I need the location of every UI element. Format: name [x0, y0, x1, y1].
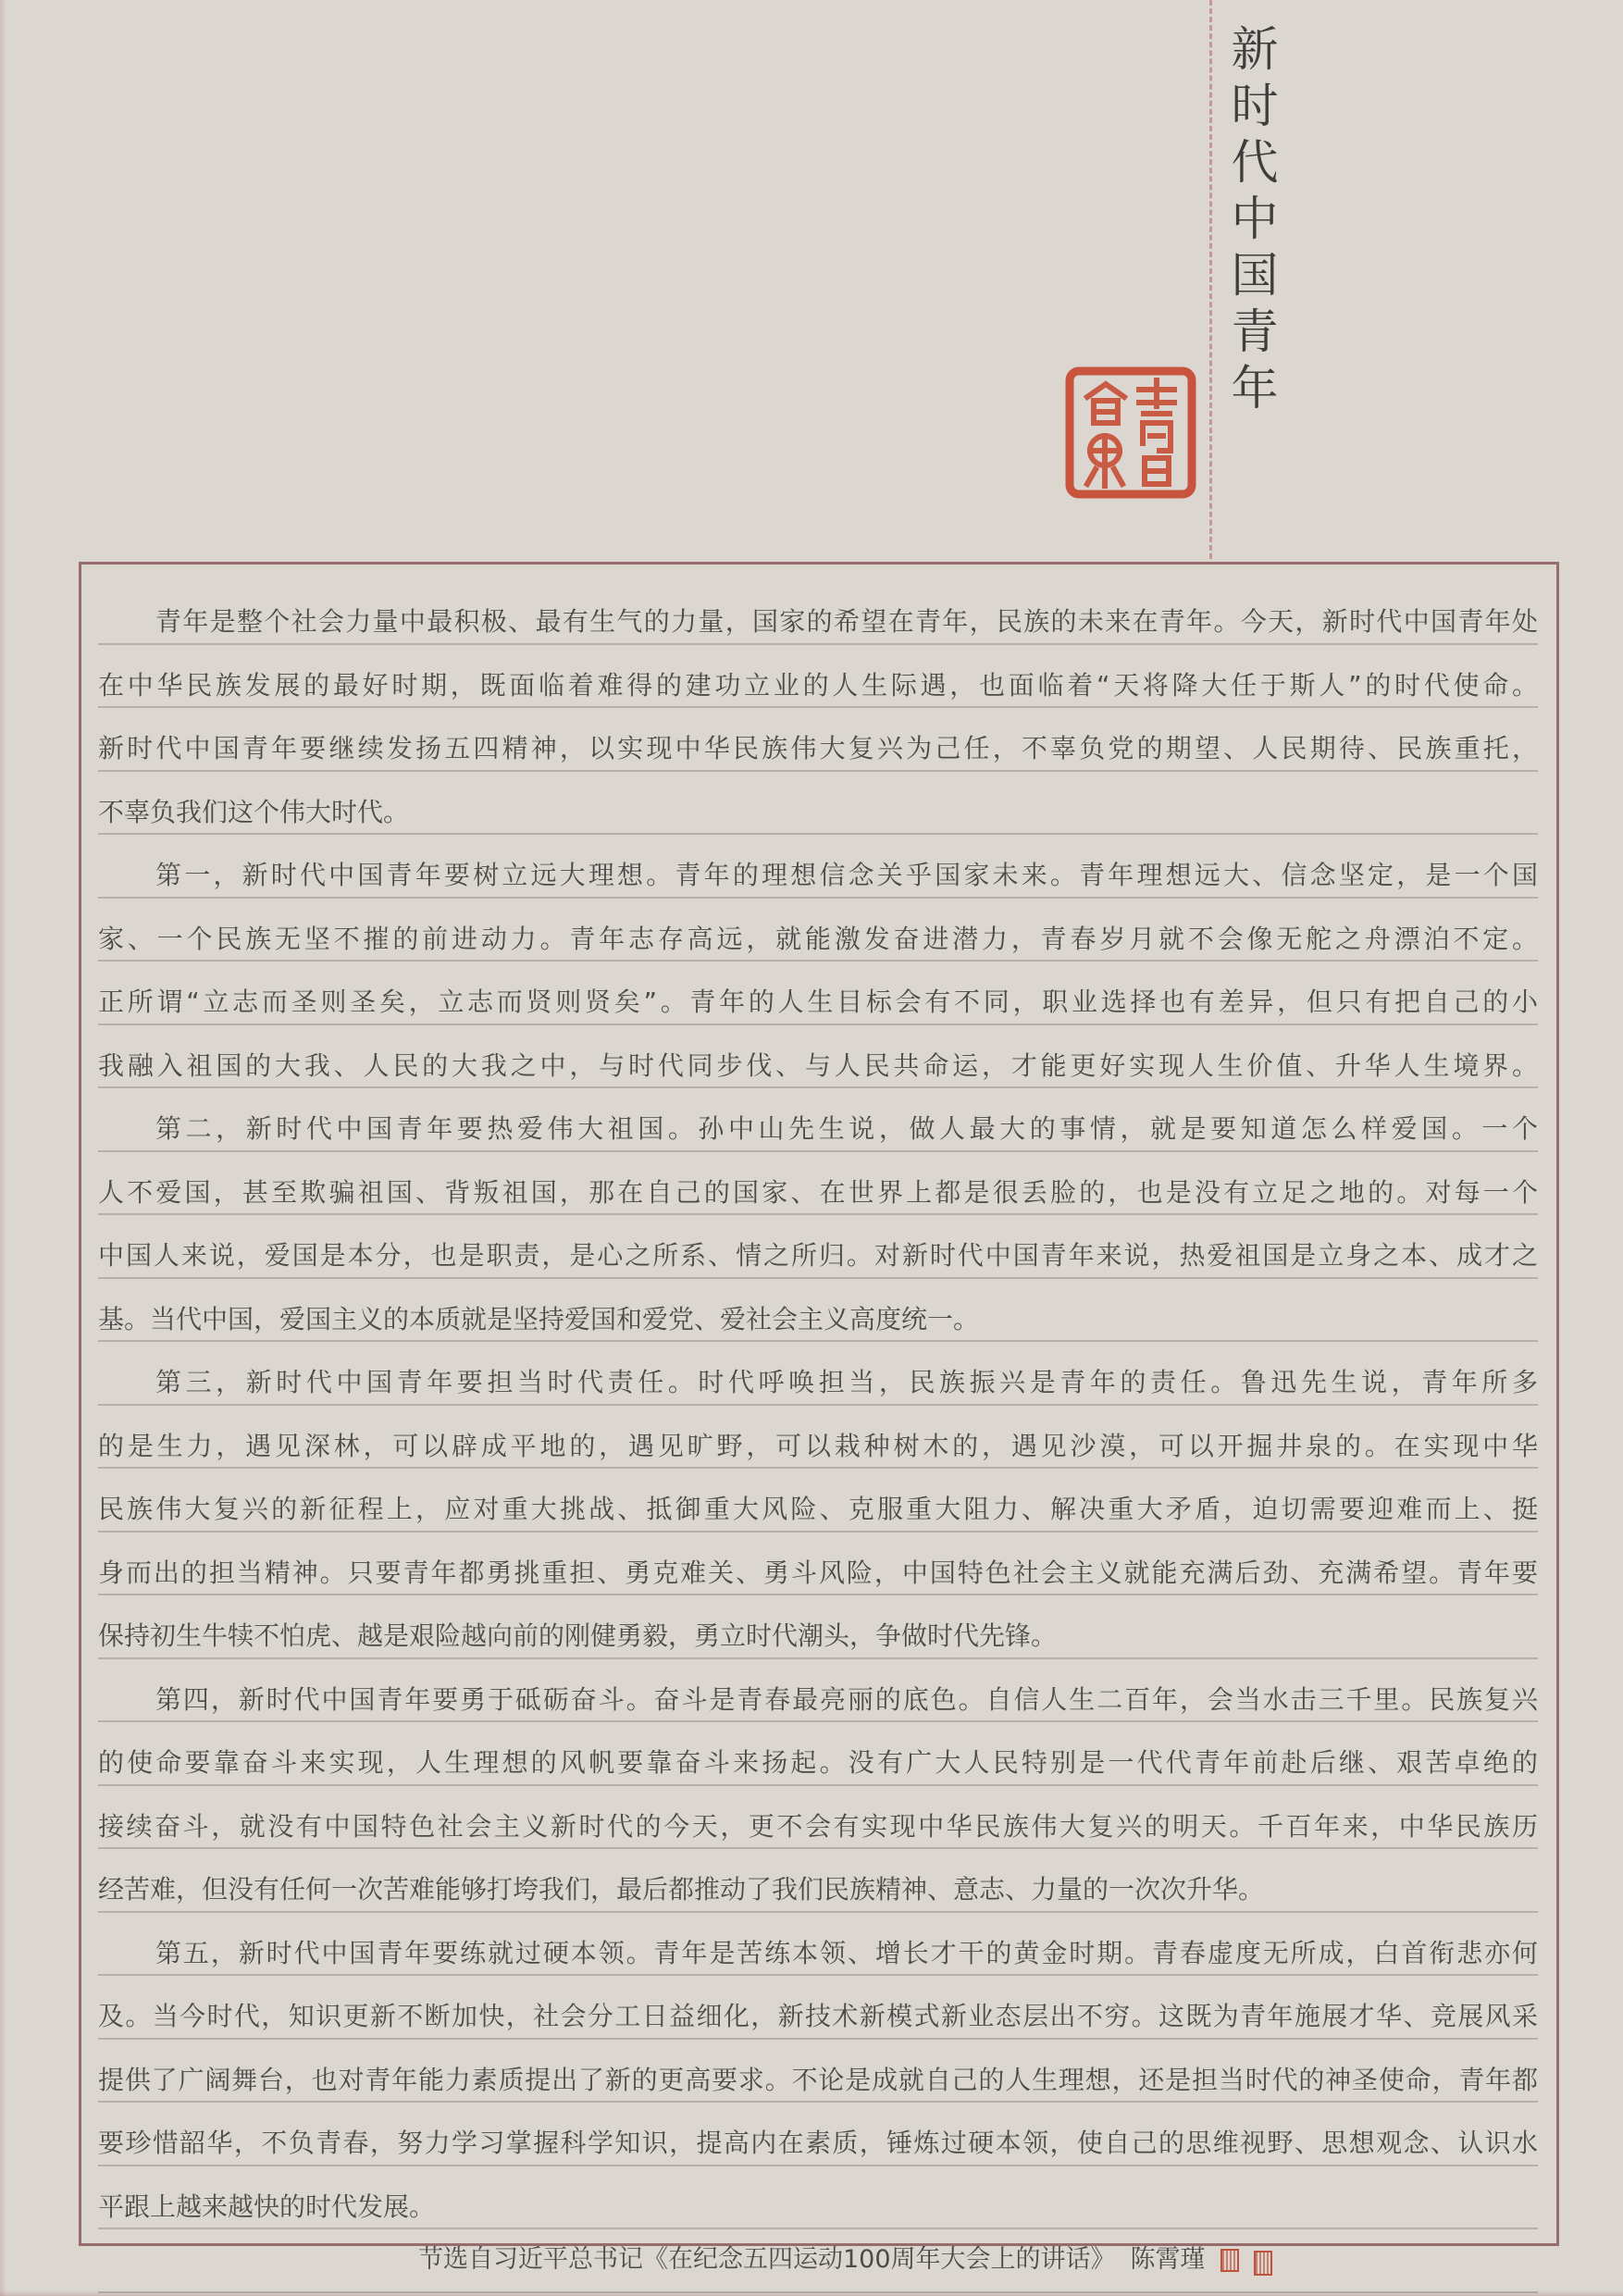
text-line: 保持初生牛犊不怕虎、越是艰险越向前的刚健勇毅，勇立时代潮头，争做时代先锋。 [98, 1595, 1538, 1659]
text-line: 我融入祖国的大我、人民的大我之中，与时代同步伐、与人民共命运，才能更好实现人生价… [98, 1025, 1538, 1089]
text-line: 青年是整个社会力量中最积极、最有生气的力量，国家的希望在青年，民族的未来在青年。… [98, 581, 1538, 645]
signature-seal-icon [1254, 2251, 1272, 2276]
text-line: 平跟上越来越快的时代发展。 [98, 2166, 1538, 2230]
text-line: 第三，新时代中国青年要担当时代责任。时代呼唤担当，民族振兴是青年的责任。鲁迅先生… [98, 1342, 1538, 1406]
text-line: 中国人来说，爱国是本分，也是职责，是心之所系、情之所归。对新时代中国青年来说，热… [98, 1215, 1538, 1279]
scan-edge-left [0, 0, 6, 2296]
title-separator-line [1209, 0, 1212, 559]
text-line: 第一，新时代中国青年要树立远大理想。青年的理想信念关乎国家未来。青年理想远大、信… [98, 835, 1538, 899]
text-line: 家、一个民族无坚不摧的前进动力。青年志存高远，就能激发奋进潜力，青春岁月就不会像… [98, 899, 1538, 962]
text-line: 接续奋斗，就没有中国特色社会主义新时代的今天，更不会有实现中华民族伟大复兴的明天… [98, 1786, 1538, 1850]
signature-seal-icon [1220, 2249, 1239, 2272]
text-line: 不辜负我们这个伟大时代。 [98, 772, 1538, 836]
text-line: 提供了广阔舞台，也对青年能力素质提出了新的更高要求。不论是成就自己的人生理想，还… [98, 2040, 1538, 2104]
text-line: 第二，新时代中国青年要热爱伟大祖国。孙中山先生说，做人最大的事情，就是要知道怎么… [98, 1088, 1538, 1152]
text-line: 及。当今时代，知识更新不断加快，社会分工日益细化，新技术新模式新业态层出不穷。这… [98, 1976, 1538, 2040]
manuscript-box: 青年是整个社会力量中最积极、最有生气的力量，国家的希望在青年，民族的未来在青年。… [79, 562, 1559, 2246]
text-line: 的使命要靠奋斗来实现，人生理想的风帆要靠奋斗来扬起。没有广大人民特别是一代代青年… [98, 1722, 1538, 1786]
text-line: 正所谓“立志而圣则圣矣，立志而贤则贤矣”。青年的人生目标会有不同，职业选择也有差… [98, 962, 1538, 1025]
text-line: 第五，新时代中国青年要练就过硬本领。青年是苦练本领、增长才干的黄金时期。青春虚度… [98, 1913, 1538, 1977]
text-line: 基。当代中国，爱国主义的本质就是坚持爱国和爱党、爱社会主义高度统一。 [98, 1279, 1538, 1343]
artist-signature: 陈霄瑾 [1131, 2229, 1206, 2290]
text-line: 新时代中国青年要继续发扬五四精神，以实现中华民族伟大复兴为己任，不辜负党的期望、… [98, 708, 1538, 772]
text-line: 经苦难，但没有任何一次苦难能够打垮我们，最后都推动了我们民族精神、意志、力量的一… [98, 1849, 1538, 1913]
title-calligraphy: 新时代中国青年 [1215, 24, 1283, 542]
manuscript-page: 新时代中国青年 [0, 0, 1623, 2296]
attribution-line: 节选自习近平总书记《在纪念五四运动100周年大会上的讲话》 陈霄瑾 [98, 2229, 1538, 2293]
text-line: 第四，新时代中国青年要勇于砥砺奋斗。奋斗是青春最亮丽的底色。自信人生二百年，会当… [98, 1659, 1538, 1723]
text-line: 要珍惜韶华，不负青春，努力学习掌握科学知识，提高内在素质，锤炼过硬本领，使自己的… [98, 2103, 1538, 2166]
text-line: 在中华民族发展的最好时期，既面临着难得的建功立业的人生际遇，也面临着“天将降大任… [98, 645, 1538, 709]
text-line: 的是生力，遇见深林，可以辟成平地的，遇见旷野，可以栽种树木的，遇见沙漠，可以开掘… [98, 1406, 1538, 1470]
attribution-source: 节选自习近平总书记《在纪念五四运动100周年大会上的讲话》 [418, 2229, 1116, 2290]
text-line: 身而出的担当精神。只要青年都勇挑重担、勇克难关、勇斗风险，中国特色社会主义就能充… [98, 1533, 1538, 1596]
artist-seal-icon [1061, 362, 1200, 503]
text-line: 民族伟大复兴的新征程上，应对重大挑战、抵御重大风险、克服重大阻力、解决重大矛盾，… [98, 1469, 1538, 1533]
text-line: 人不爱国，甚至欺骗祖国、背叛祖国，那在自己的国家、在世界上都是很丢脸的，也是没有… [98, 1152, 1538, 1216]
